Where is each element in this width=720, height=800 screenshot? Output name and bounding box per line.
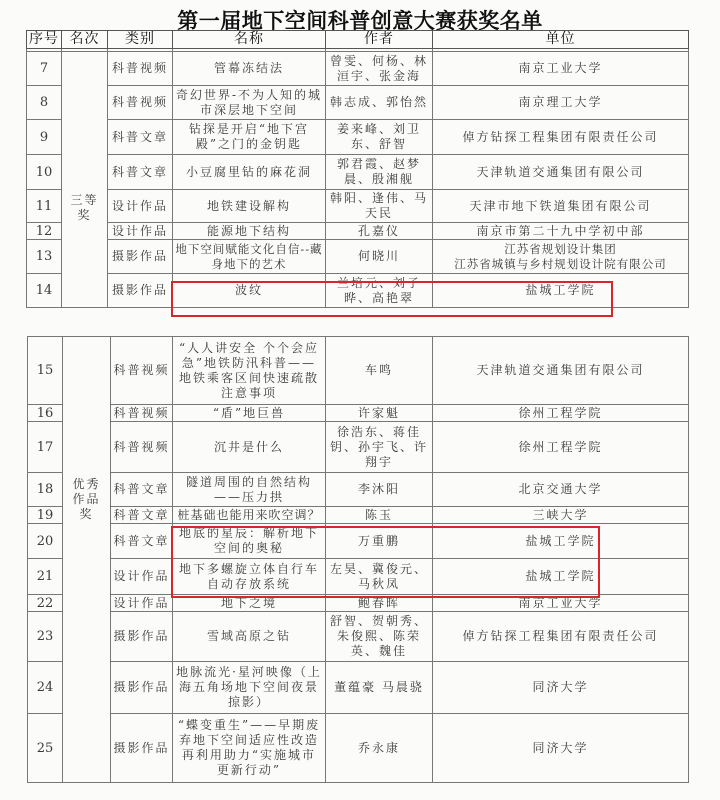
row-index: 18: [28, 473, 63, 507]
row-unit: 南京工业大学: [433, 52, 689, 86]
row-unit: 南京市第二十九中学初中部: [433, 223, 689, 240]
table-row-highlighted: 21 设计作品 地下多螺旋立体自行车自动存放系统 左昊、冀俊元、马秋凤 盐城工学…: [28, 559, 689, 595]
row-name: 桩基础也能用来吹空调？: [173, 507, 326, 524]
row-authors: 李沐阳: [326, 473, 433, 507]
table-header-row: 序号 名次 类别 名称 作者 单位: [27, 31, 689, 49]
row-name: “盾”地巨兽: [173, 405, 326, 422]
row-index: 8: [27, 86, 62, 120]
row-authors: 左昊、冀俊元、马秋凤: [326, 559, 433, 595]
award-level: 优秀作品奖: [63, 337, 111, 783]
row-category: 设计作品: [108, 223, 173, 240]
row-category: 科普文章: [108, 120, 173, 155]
row-authors: 舒智、贺朝秀、朱俊熙、陈荣英、魏佳: [326, 612, 433, 662]
row-name: 雪域高原之钻: [173, 612, 326, 662]
row-unit: 三峡大学: [433, 507, 689, 524]
row-name: 波纹: [173, 274, 326, 308]
row-name: 地下多螺旋立体自行车自动存放系统: [173, 559, 326, 595]
row-name: 奇幻世界-不为人知的城市深层地下空间: [173, 86, 326, 120]
row-category: 科普视频: [108, 86, 173, 120]
row-index: 9: [27, 120, 62, 155]
table-row: 9 科普文章 钻探是开启“地下宫殿”之门的金钥匙 姜来峰、刘卫东、舒智 倬方钻探…: [27, 120, 689, 155]
row-name: 钻探是开启“地下宫殿”之门的金钥匙: [173, 120, 326, 155]
row-index: 13: [27, 240, 62, 274]
table-row: 10 科普文章 小豆腐里钻的麻花洞 郭君霞、赵梦晨、殷湘舰 天津轨道交通集团有限…: [27, 155, 689, 190]
row-category: 摄影作品: [108, 274, 173, 308]
row-category: 摄影作品: [111, 662, 173, 714]
table-row: 18 科普文章 隧道周围的自然结构——压力拱 李沐阳 北京交通大学: [28, 473, 689, 507]
row-index: 21: [28, 559, 63, 595]
row-index: 12: [27, 223, 62, 240]
row-authors: 鲍春晖: [326, 595, 433, 612]
header-category: 类别: [108, 31, 173, 49]
row-index: 7: [27, 52, 62, 86]
row-unit: 江苏省规划设计集团 江苏省城镇与乡村规划设计院有限公司: [433, 240, 689, 274]
row-name: 地铁建设解构: [173, 190, 326, 223]
row-unit: 天津轨道交通集团有限公司: [433, 155, 689, 190]
row-authors: 孔嘉仪: [326, 223, 433, 240]
row-name: 隧道周围的自然结构——压力拱: [173, 473, 326, 507]
row-unit: 北京交通大学: [433, 473, 689, 507]
header-unit: 单位: [433, 31, 689, 49]
row-unit: 倬方钻探工程集团有限责任公司: [433, 612, 689, 662]
row-unit: 盐城工学院: [433, 274, 689, 308]
table-row: 16 科普视频 “盾”地巨兽 许家魁 徐州工程学院: [28, 405, 689, 422]
header-authors: 作者: [326, 31, 433, 49]
table-row: 25 摄影作品 “蝶变重生”——早期废弃地下空间适应性改造再利用助力“实施城市更…: [28, 714, 689, 783]
row-unit: 天津市地下铁道集团有限公司: [433, 190, 689, 223]
row-name: “蝶变重生”——早期废弃地下空间适应性改造再利用助力“实施城市更新行动”: [173, 714, 326, 783]
row-category: 设计作品: [111, 595, 173, 612]
row-authors: 徐浩东、蒋佳钥、孙宇飞、许翔宇: [326, 422, 433, 473]
table-row: 13 摄影作品 地下空间赋能文化自信--藏身地下的艺术 何晓川 江苏省规划设计集…: [27, 240, 689, 274]
row-name: 能源地下结构: [173, 223, 326, 240]
row-authors: 车鸣: [326, 337, 433, 405]
row-category: 摄影作品: [108, 240, 173, 274]
row-name: 地底的星辰：解析地下空间的奥秘: [173, 524, 326, 559]
row-category: 科普文章: [108, 155, 173, 190]
row-unit: 徐州工程学院: [433, 422, 689, 473]
row-authors: 韩志成、郭怡然: [326, 86, 433, 120]
table-row-highlighted: 20 科普文章 地底的星辰：解析地下空间的奥秘 万重鹏 盐城工学院: [28, 524, 689, 559]
row-category: 科普视频: [111, 405, 173, 422]
header-index: 序号: [27, 31, 62, 49]
row-category: 摄影作品: [111, 612, 173, 662]
row-name: 小豆腐里钻的麻花洞: [173, 155, 326, 190]
row-authors: 万重鹏: [326, 524, 433, 559]
header-name: 名称: [173, 31, 326, 49]
award-label: 优秀作品奖: [69, 477, 105, 522]
row-category: 科普视频: [108, 52, 173, 86]
row-name: 地下之境: [173, 595, 326, 612]
row-index: 14: [27, 274, 62, 308]
row-authors: 陈玉: [326, 507, 433, 524]
table-row: 24 摄影作品 地脉流光·星河映像（上海五角场地下空间夜景掠影） 董蕴豪 马晨骁…: [28, 662, 689, 714]
row-unit: 倬方钻探工程集团有限责任公司: [433, 120, 689, 155]
row-name: 沉井是什么: [173, 422, 326, 473]
table-row-highlighted: 14 摄影作品 波纹 兰培元、刘子晔、高艳翠 盐城工学院: [27, 274, 689, 308]
row-authors: 何晓川: [326, 240, 433, 274]
row-unit: 南京理工大学: [433, 86, 689, 120]
row-category: 设计作品: [111, 559, 173, 595]
row-index: 11: [27, 190, 62, 223]
award-level: 三等奖: [62, 52, 108, 308]
row-unit: 盐城工学院: [433, 524, 689, 559]
row-authors: 韩阳、逢伟、马天民: [326, 190, 433, 223]
row-category: 科普视频: [111, 422, 173, 473]
table-row: 19 科普文章 桩基础也能用来吹空调？ 陈玉 三峡大学: [28, 507, 689, 524]
row-category: 科普文章: [111, 473, 173, 507]
row-unit: 同济大学: [433, 662, 689, 714]
row-unit: 盐城工学院: [433, 559, 689, 595]
table-row: 8 科普视频 奇幻世界-不为人知的城市深层地下空间 韩志成、郭怡然 南京理工大学: [27, 86, 689, 120]
row-index: 17: [28, 422, 63, 473]
row-authors: 姜来峰、刘卫东、舒智: [326, 120, 433, 155]
table-row: 11 设计作品 地铁建设解构 韩阳、逢伟、马天民 天津市地下铁道集团有限公司: [27, 190, 689, 223]
row-category: 科普文章: [111, 507, 173, 524]
table-row: 22 设计作品 地下之境 鲍春晖 南京工业大学: [28, 595, 689, 612]
awards-table-third-prize: 序号 名次 类别 名称 作者 单位 7 三等奖 科普视频 管幕冻结法 曾雯、何杨…: [26, 30, 689, 308]
table-row: 17 科普视频 沉井是什么 徐浩东、蒋佳钥、孙宇飞、许翔宇 徐州工程学院: [28, 422, 689, 473]
row-index: 22: [28, 595, 63, 612]
header-rank: 名次: [62, 31, 108, 49]
row-index: 20: [28, 524, 63, 559]
row-name: “人人讲安全 个个会应急”地铁防汛科普——地铁乘客区间快速疏散注意事项: [173, 337, 326, 405]
row-index: 15: [28, 337, 63, 405]
row-unit: 徐州工程学院: [433, 405, 689, 422]
row-category: 科普视频: [111, 337, 173, 405]
row-unit: 天津轨道交通集团有限公司: [433, 337, 689, 405]
row-unit: 同济大学: [433, 714, 689, 783]
row-category: 摄影作品: [111, 714, 173, 783]
table-row: 7 三等奖 科普视频 管幕冻结法 曾雯、何杨、林洹宇、张金海 南京工业大学: [27, 52, 689, 86]
row-index: 10: [27, 155, 62, 190]
table-row: 12 设计作品 能源地下结构 孔嘉仪 南京市第二十九中学初中部: [27, 223, 689, 240]
row-authors: 乔永康: [326, 714, 433, 783]
award-label: 三等奖: [70, 193, 98, 222]
row-index: 19: [28, 507, 63, 524]
row-authors: 许家魁: [326, 405, 433, 422]
row-index: 23: [28, 612, 63, 662]
row-name: 地下空间赋能文化自信--藏身地下的艺术: [173, 240, 326, 274]
table-row: 15 优秀作品奖 科普视频 “人人讲安全 个个会应急”地铁防汛科普——地铁乘客区…: [28, 337, 689, 405]
table-row: 23 摄影作品 雪域高原之钻 舒智、贺朝秀、朱俊熙、陈荣英、魏佳 倬方钻探工程集…: [28, 612, 689, 662]
row-category: 科普文章: [111, 524, 173, 559]
awards-table-excellence: 15 优秀作品奖 科普视频 “人人讲安全 个个会应急”地铁防汛科普——地铁乘客区…: [27, 336, 689, 783]
row-index: 24: [28, 662, 63, 714]
row-authors: 曾雯、何杨、林洹宇、张金海: [326, 52, 433, 86]
row-name: 管幕冻结法: [173, 52, 326, 86]
row-index: 25: [28, 714, 63, 783]
row-authors: 兰培元、刘子晔、高艳翠: [326, 274, 433, 308]
row-name: 地脉流光·星河映像（上海五角场地下空间夜景掠影）: [173, 662, 326, 714]
row-authors: 郭君霞、赵梦晨、殷湘舰: [326, 155, 433, 190]
row-category: 设计作品: [108, 190, 173, 223]
row-index: 16: [28, 405, 63, 422]
row-authors: 董蕴豪 马晨骁: [326, 662, 433, 714]
row-unit: 南京工业大学: [433, 595, 689, 612]
